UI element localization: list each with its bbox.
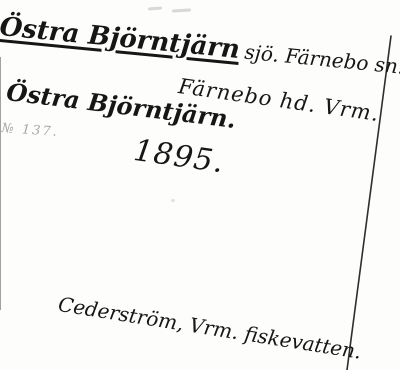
headline-annotation: sjö. Färnebo sn. (243, 40, 400, 79)
scan-edge-artifact (0, 57, 1, 310)
year: 1895. (132, 136, 226, 178)
archive-number: № 137. (1, 122, 59, 139)
archive-card: Östra Björntjärnsjö. Färnebo sn. Färnebo… (0, 0, 400, 370)
scan-smudge (172, 8, 191, 12)
headword: Östra Björntjärn (0, 12, 241, 65)
scan-smudge (171, 199, 175, 202)
recorder-signature: Cederström, Vrm. fiskevatten. (57, 294, 363, 362)
scan-smudge (148, 7, 162, 11)
headline: Östra Björntjärnsjö. Färnebo sn. (0, 14, 400, 79)
